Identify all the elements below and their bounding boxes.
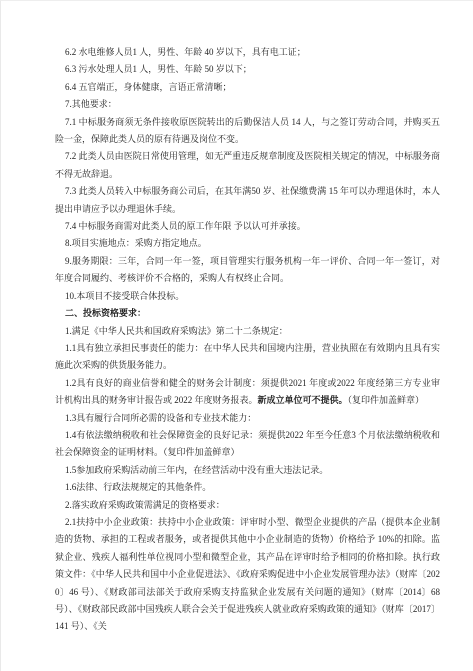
- paragraph-item-7-4: 7.4 中标服务商需对此类人员的原工作年限 予以认可并承接。: [55, 218, 440, 235]
- text-run: 新成立单位可不提供。: [258, 395, 348, 405]
- paragraph-item-7: 7.其他要求：: [55, 96, 440, 113]
- paragraph-item-9: 9.服务期限：三年，合同一年一签，项目管理实行服务机构一年一评价、合同一年一签订…: [55, 253, 440, 288]
- paragraph-item-6-3: 6.3 污水处理人员1 人，男性、年龄 50 岁以下；: [55, 61, 440, 78]
- paragraph-item-2-1: 2.1扶持中小企业政策：扶持中小企业政策：评审时小型、微型企业提供的产品（提供本…: [55, 514, 440, 636]
- paragraph-item-1-6: 1.6法律、行政法规规定的其他条件。: [55, 479, 440, 496]
- paragraph-item-1-3: 1.3具有履行合同所必需的设备和专业技术能力：: [55, 410, 440, 427]
- paragraph-item-2: 2.落实政府采购政策需满足的资格要求：: [55, 497, 440, 514]
- paragraph-item-1-1: 1.1具有独立承担民事责任的能力：在中华人民共和国境内注册，营业执照在有效期内且…: [55, 340, 440, 375]
- paragraph-item-7-3: 7.3 此类人员转入中标服务商公司后，在其年满50 岁、社保缴费满 15 年可以…: [55, 183, 440, 218]
- document-body: 6.2 水电维修人员1 人，男性、年龄 40 岁以下，具有电工证；6.3 污水处…: [55, 44, 440, 636]
- paragraph-item-1-5: 1.5参加政府采购活动前三年内，在经营活动中没有重大违法记录。: [55, 462, 440, 479]
- document-page: 6.2 水电维修人员1 人，男性、年龄 40 岁以下，具有电工证；6.3 污水处…: [0, 0, 473, 671]
- paragraph-item-6-2: 6.2 水电维修人员1 人，男性、年龄 40 岁以下，具有电工证；: [55, 44, 440, 61]
- paragraph-item-8: 8.项目实施地点：采购方指定地点。: [55, 235, 440, 252]
- text-run: （复印件加盖鲜章）: [348, 395, 425, 405]
- paragraph-item-6-4: 6.4 五官端正，身体健康，言语正常清晰；: [55, 79, 440, 96]
- paragraph-heading-bidder-qualifications: 二、投标资格要求：: [55, 305, 440, 322]
- paragraph-item-1-2: 1.2具有良好的商业信誉和健全的财务会计制度：须提供2021 年度或2022 年…: [55, 375, 440, 410]
- paragraph-item-10: 10.本项目不接受联合体投标。: [55, 288, 440, 305]
- paragraph-item-1-4: 1.4有依法缴纳税收和社会保障资金的良好记录：须提供2022 年至今任意3 个月…: [55, 427, 440, 462]
- paragraph-item-1: 1.满足《中华人民共和国政府采购法》第二十二条规定：: [55, 323, 440, 340]
- paragraph-item-7-2: 7.2 此类人员由医院日常使用管理，如无严重违反规章制度及医院相关规定的情况，中…: [55, 148, 440, 183]
- paragraph-item-7-1: 7.1 中标服务商须无条件接收原医院转出的后勤保洁人员 14 人，与之签订劳动合…: [55, 114, 440, 149]
